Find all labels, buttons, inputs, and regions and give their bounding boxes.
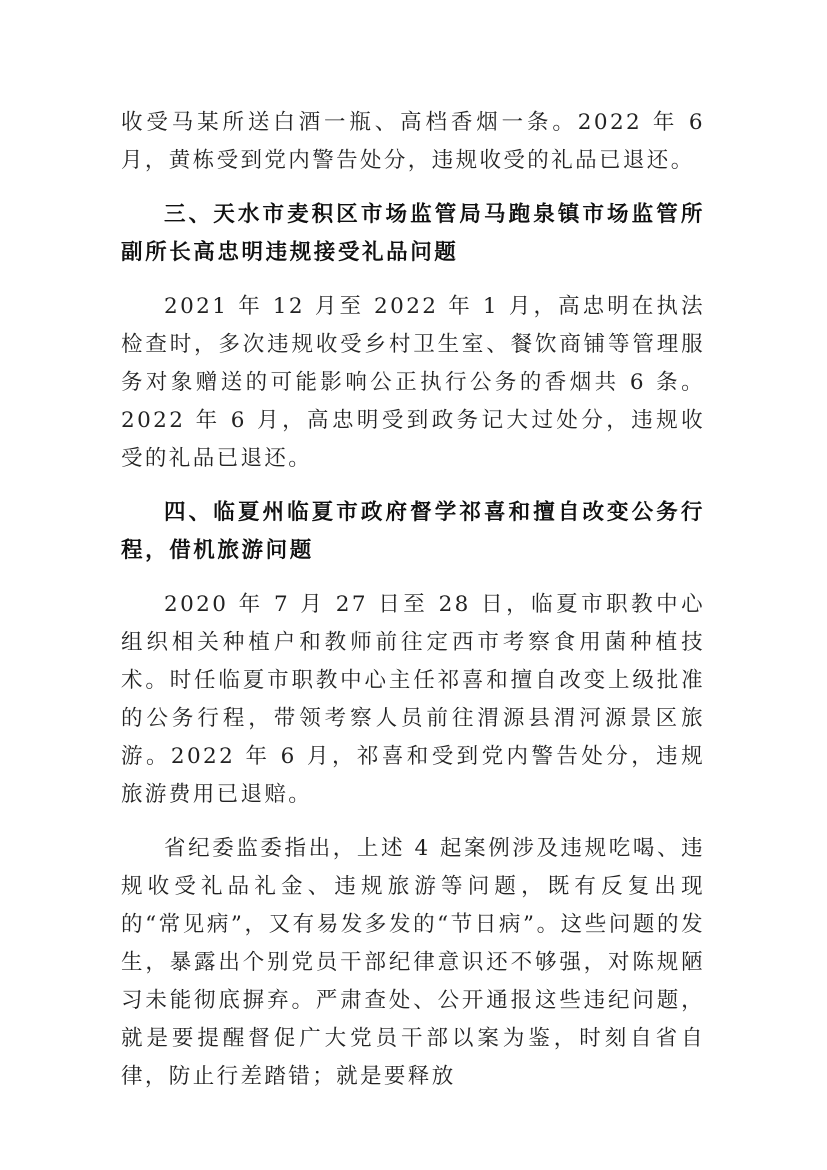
section-heading-three: 三、天水市麦积区市场监管局马跑泉镇市场监管所副所长高忠明违规接受礼品问题 xyxy=(121,196,705,272)
paragraph-case-three: 2021 年 12 月至 2022 年 1 月，高忠明在执法检查时，多次违规收受… xyxy=(121,288,705,478)
document-page: 收受马某所送白酒一瓶、高档香烟一条。2022 年 6 月，黄栋受到党内警告处分，… xyxy=(121,104,705,1112)
paragraph-continuation: 收受马某所送白酒一瓶、高档香烟一条。2022 年 6 月，黄栋受到党内警告处分，… xyxy=(121,104,705,180)
section-heading-four: 四、临夏州临夏市政府督学祁喜和擅自改变公务行程，借机旅游问题 xyxy=(121,494,705,570)
paragraph-case-four: 2020 年 7 月 27 日至 28 日，临夏市职教中心组织相关种植户和教师前… xyxy=(121,586,705,814)
paragraph-summary: 省纪委监委指出，上述 4 起案例涉及违规吃喝、违规收受礼品礼金、违规旅游等问题，… xyxy=(121,830,705,1096)
